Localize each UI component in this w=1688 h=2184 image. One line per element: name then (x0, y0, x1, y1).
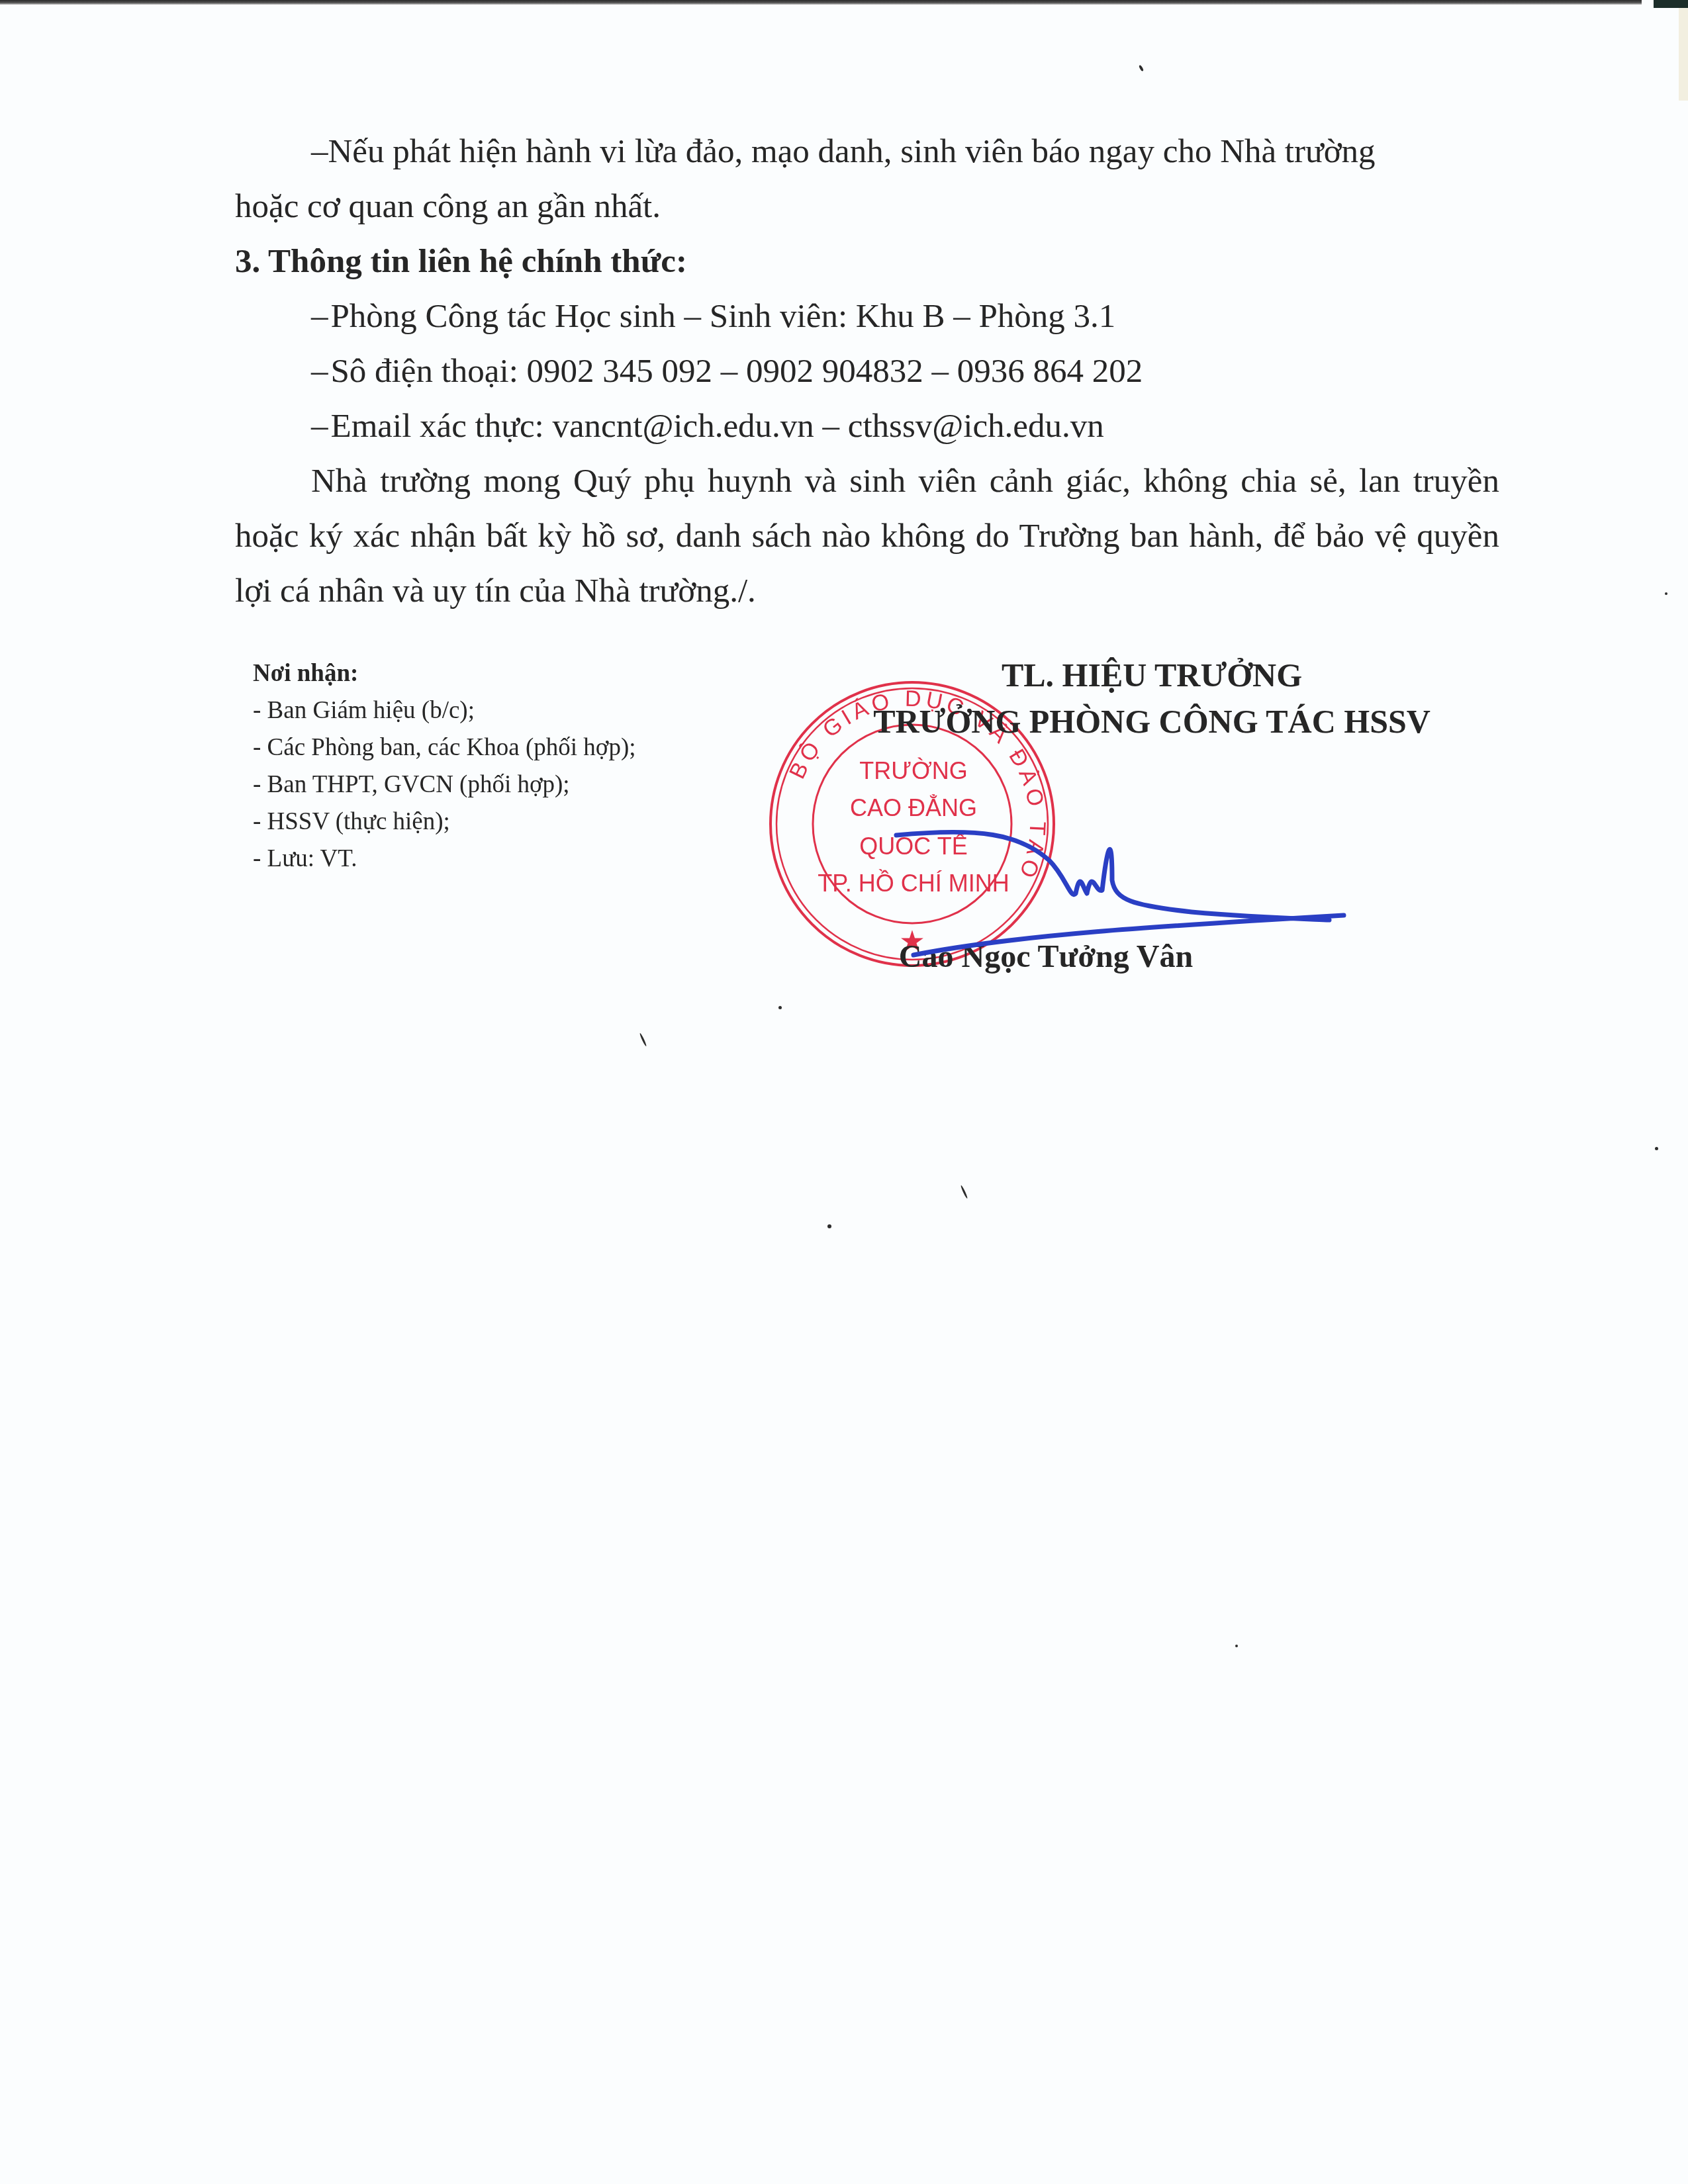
scan-speck (778, 1006, 782, 1009)
stamp-line: TRƯỜNG (859, 757, 968, 784)
signature-title-1: TL. HIỆU TRƯỞNG (821, 652, 1483, 698)
signature-title-2: TRƯỞNG PHÒNG CÔNG TÁC HSSV (821, 698, 1483, 745)
handwritten-signature (821, 788, 1417, 960)
contact-email: –Email xác thực: vancnt@ich.edu.vn – cth… (235, 399, 1499, 454)
document-body: –Nếu phát hiện hành vi lừa đảo, mạo danh… (235, 124, 1499, 619)
closing-paragraph: Nhà trường mong Quý phụ huynh và sinh vi… (235, 454, 1499, 619)
contact-email-text: Email xác thực: vancnt@ich.edu.vn – cths… (331, 408, 1104, 445)
scan-speck (1235, 1645, 1238, 1647)
signature-block: TL. HIỆU TRƯỞNG TRƯỞNG PHÒNG CÔNG TÁC HS… (821, 652, 1483, 745)
recipient-item: - Ban THPT, GVCN (phối hợp); (253, 766, 636, 803)
scan-speck (639, 1032, 647, 1046)
scan-top-border (0, 0, 1642, 5)
report-fraud-item: –Nếu phát hiện hành vi lừa đảo, mạo danh… (235, 124, 1499, 179)
contact-phone: –Sô điện thoại: 0902 345 092 – 0902 9048… (235, 344, 1499, 399)
contact-phone-text: Sô điện thoại: 0902 345 092 – 0902 90483… (331, 353, 1143, 390)
contact-office-text: Phòng Công tác Học sinh – Sinh viên: Khu… (331, 298, 1116, 335)
section-heading: 3. Thông tin liên hệ chính thức: (235, 234, 1499, 289)
bullet-dash: – (311, 133, 328, 170)
recipient-item: - HSSV (thực hiện); (253, 803, 636, 841)
scan-speck (960, 1185, 968, 1199)
contact-office: –Phòng Công tác Học sinh – Sinh viên: Kh… (235, 289, 1499, 344)
scan-corner-mark (1654, 0, 1688, 8)
recipient-item: - Các Phòng ban, các Khoa (phối hợp); (253, 729, 636, 766)
scan-speck (827, 1224, 831, 1228)
scan-right-edge (1679, 8, 1688, 101)
bullet-dash: – (311, 353, 328, 390)
bullet-dash: – (311, 408, 328, 445)
report-fraud-text-1: Nếu phát hiện hành vi lừa đảo, mạo danh,… (328, 133, 1376, 170)
bullet-dash: – (311, 298, 328, 335)
report-fraud-text-2: hoặc cơ quan công an gần nhất. (235, 179, 1499, 234)
recipients-block: Nơi nhận: - Ban Giám hiệu (b/c); - Các P… (253, 655, 636, 878)
recipient-item: - Lưu: VT. (253, 841, 636, 878)
scan-speck (1665, 592, 1667, 595)
scan-speck (1655, 1147, 1658, 1150)
scan-speck (1139, 65, 1144, 72)
recipient-item: - Ban Giám hiệu (b/c); (253, 692, 636, 729)
recipients-title: Nơi nhận: (253, 655, 636, 692)
